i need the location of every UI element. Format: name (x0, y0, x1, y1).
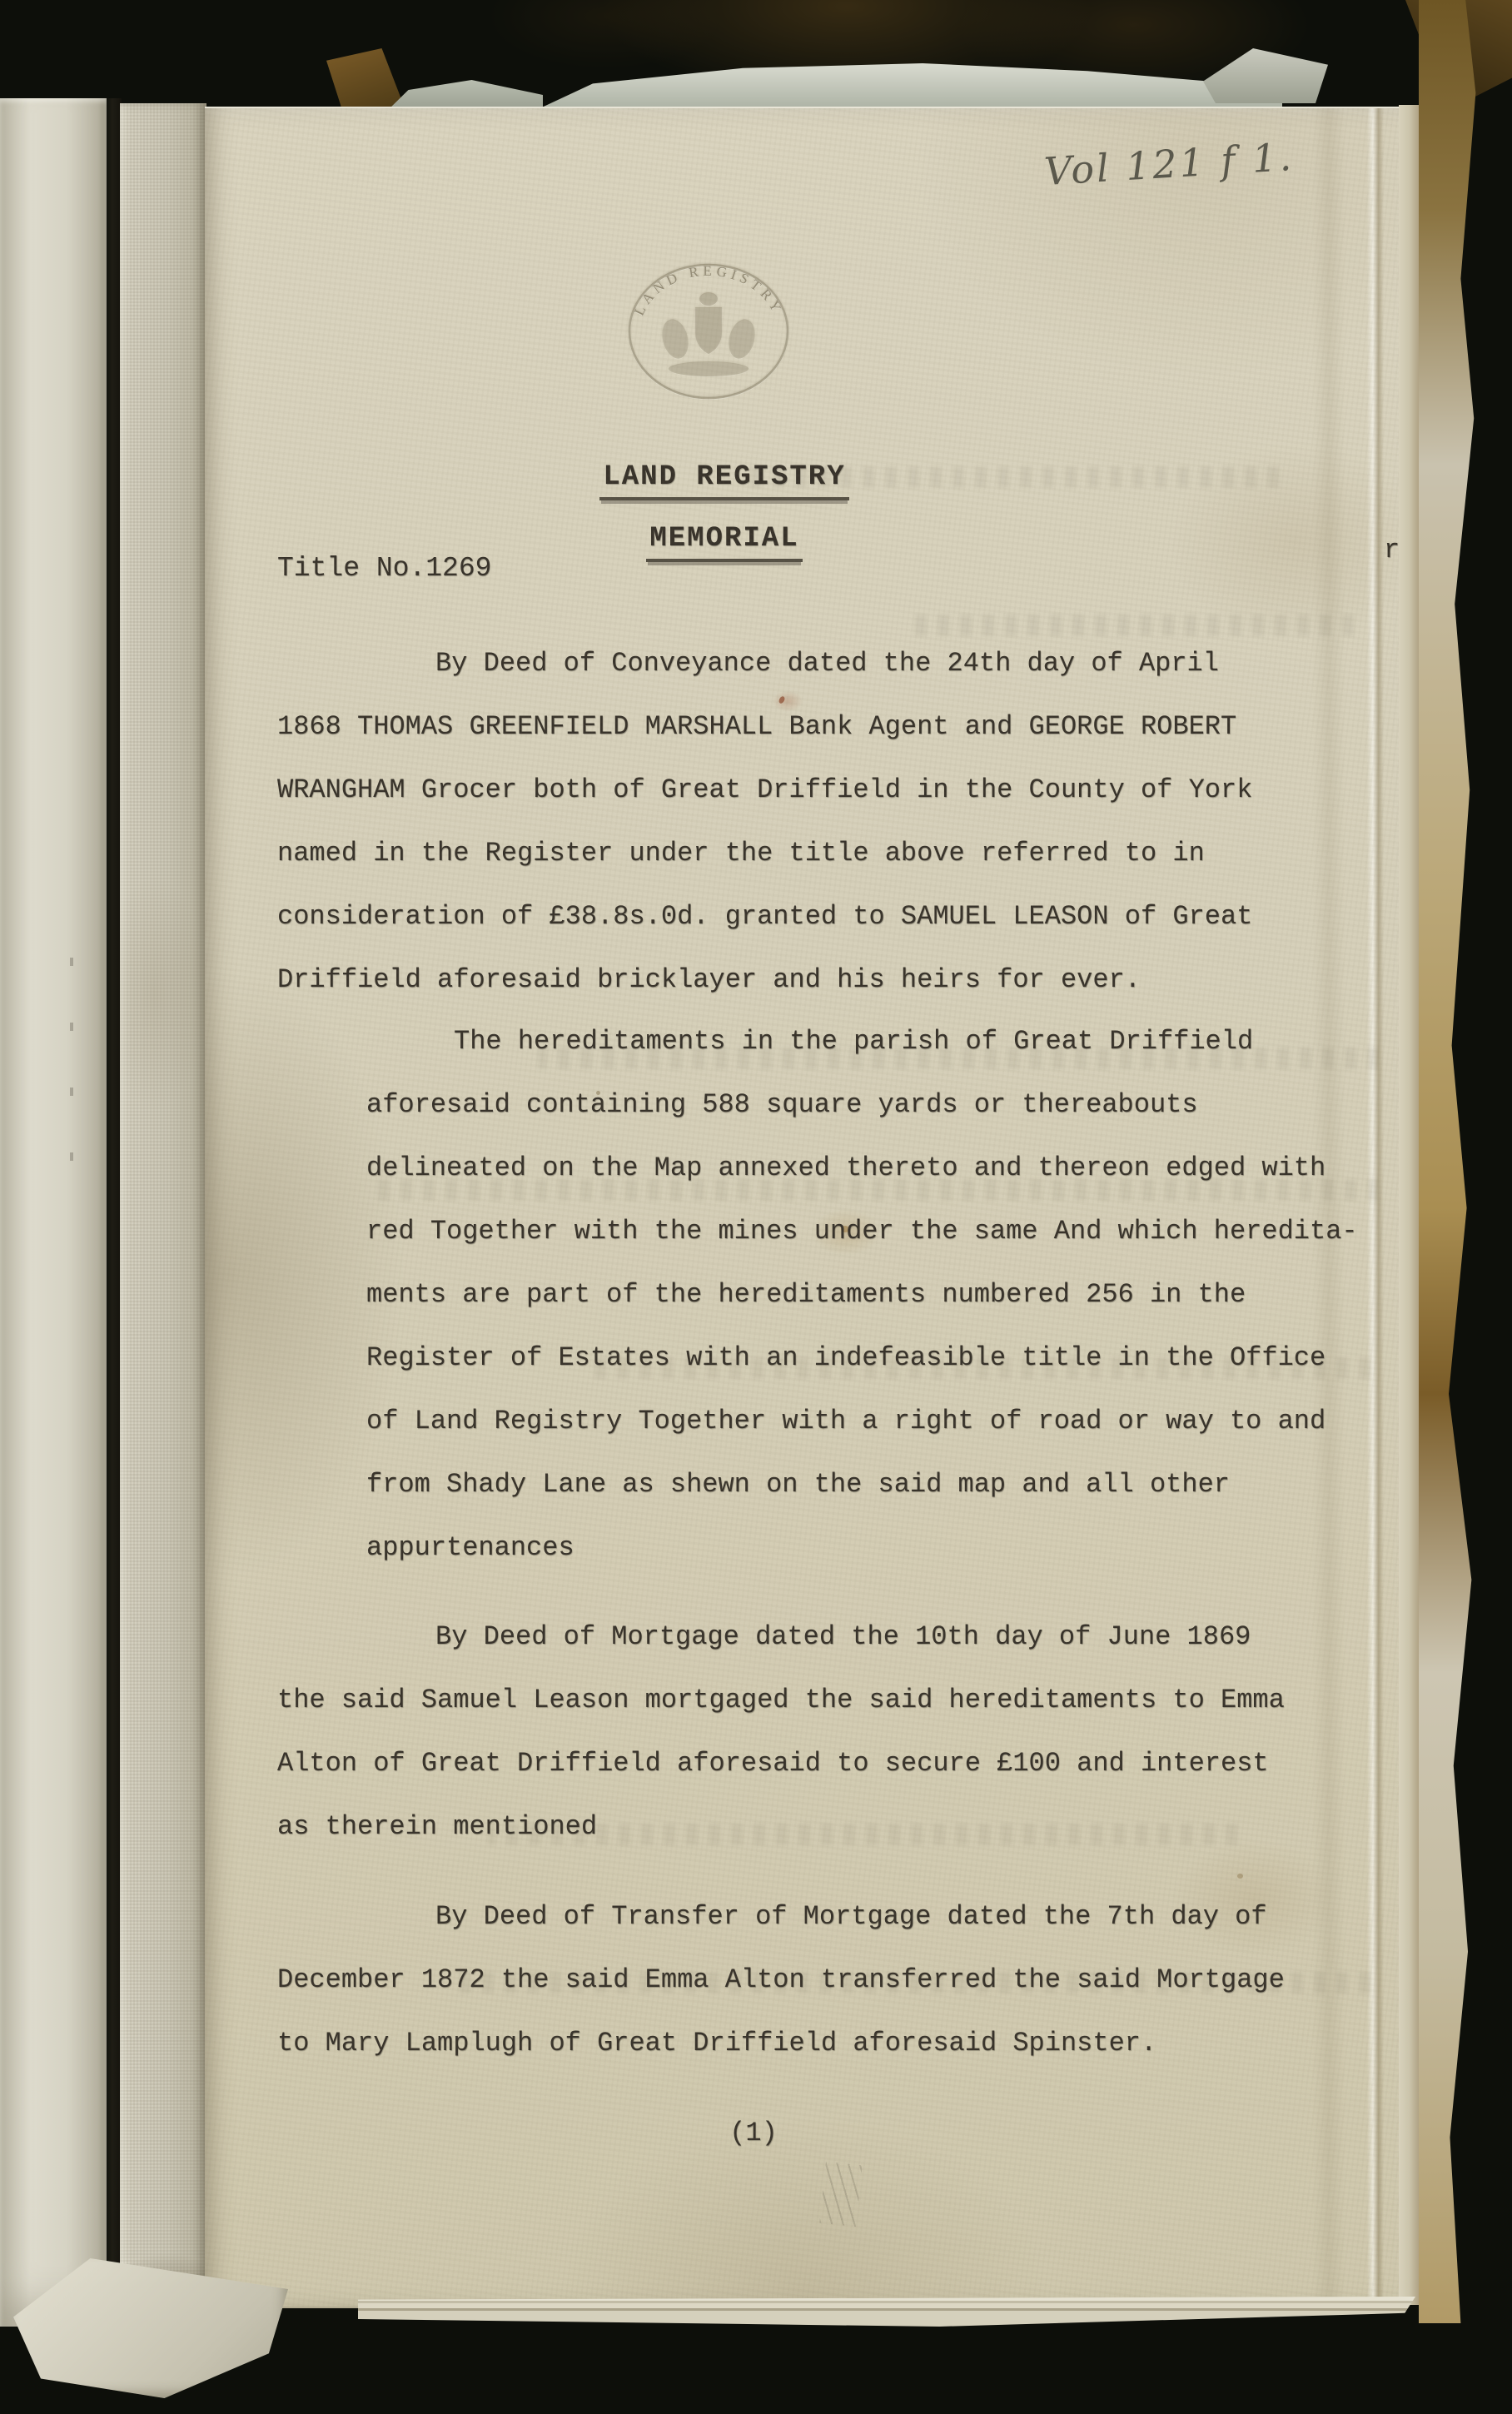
text-line: of Land Registry Together with a right o… (366, 1390, 1358, 1453)
paragraph-mortgage: By Deed of Mortgage dated the 10th day o… (277, 1605, 1285, 1859)
stray-typed-character: r (1384, 535, 1400, 565)
heading-text: LAND REGISTRY (599, 461, 848, 500)
torn-fragment (326, 48, 405, 110)
facing-page-edges (0, 98, 107, 2327)
text-line: Driffield aforesaid bricklayer and his h… (277, 948, 1252, 1012)
title-number: Title No.1269 (277, 553, 491, 584)
text-line: delineated on the Map annexed thereto an… (366, 1137, 1358, 1200)
page-edge-marks (70, 958, 73, 1174)
text-line: appurtenances (366, 1516, 1358, 1580)
document-subheading: MEMORIAL (516, 523, 933, 562)
text-line: as therein mentioned (277, 1795, 1285, 1859)
text-line: consideration of £38.8s.0d. granted to S… (277, 885, 1252, 948)
torn-fragment (1203, 48, 1328, 103)
paragraph-hereditaments: The hereditaments in the parish of Great… (366, 1010, 1358, 1580)
scanned-document-photo: Vol 121 f 1. LAND REGISTRY LAND REGISTRY… (0, 0, 1512, 2414)
handwritten-folio-note: Vol 121 f 1. (1043, 134, 1296, 194)
subheading-text: MEMORIAL (646, 523, 802, 562)
document-heading: LAND REGISTRY (516, 461, 933, 500)
text-line: December 1872 the said Emma Alton transf… (277, 1949, 1285, 2012)
torn-page-edge (1419, 0, 1479, 2323)
text-line: red Together with the mines under the sa… (366, 1200, 1358, 1263)
text-line: from Shady Lane as shewn on the said map… (366, 1453, 1358, 1516)
text-line: to Mary Lamplugh of Great Driffield afor… (277, 2012, 1285, 2075)
pencil-scribble (819, 2162, 862, 2227)
text-line: By Deed of Mortgage dated the 10th day o… (277, 1605, 1285, 1669)
text-line: named in the Register under the title ab… (277, 822, 1252, 885)
text-line: ments are part of the hereditaments numb… (366, 1263, 1358, 1326)
text-line: aforesaid containing 588 square yards or… (366, 1073, 1358, 1137)
paper-speck (1237, 1874, 1243, 1879)
text-line: By Deed of Transfer of Mortgage dated th… (277, 1885, 1285, 1949)
text-line: The hereditaments in the parish of Great… (366, 1010, 1358, 1073)
page-stack-bottom-edge (358, 2297, 1415, 2327)
text-line: By Deed of Conveyance dated the 24th day… (277, 632, 1252, 695)
text-line: Register of Estates with an indefeasible… (366, 1326, 1358, 1390)
land-registry-embossed-seal: LAND REGISTRY (625, 261, 792, 402)
paragraph-transfer: By Deed of Transfer of Mortgage dated th… (277, 1885, 1285, 2075)
text-line: the said Samuel Leason mortgaged the sai… (277, 1669, 1285, 1732)
text-line: Alton of Great Driffield aforesaid to se… (277, 1732, 1285, 1795)
torn-fragment (533, 63, 1282, 112)
page-number: (1) (629, 2102, 878, 2165)
binding-cloth-strip (120, 103, 206, 2328)
paragraph-conveyance: By Deed of Conveyance dated the 24th day… (277, 632, 1252, 1012)
text-line: WRANGHAM Grocer both of Great Driffield … (277, 759, 1252, 822)
text-line: 1868 THOMAS GREENFIELD MARSHALL Bank Age… (277, 695, 1252, 759)
book-gutter (105, 98, 122, 2327)
page-number-text: (1) (629, 2102, 878, 2165)
memorial-page: Vol 121 f 1. LAND REGISTRY LAND REGISTRY… (205, 107, 1399, 2308)
